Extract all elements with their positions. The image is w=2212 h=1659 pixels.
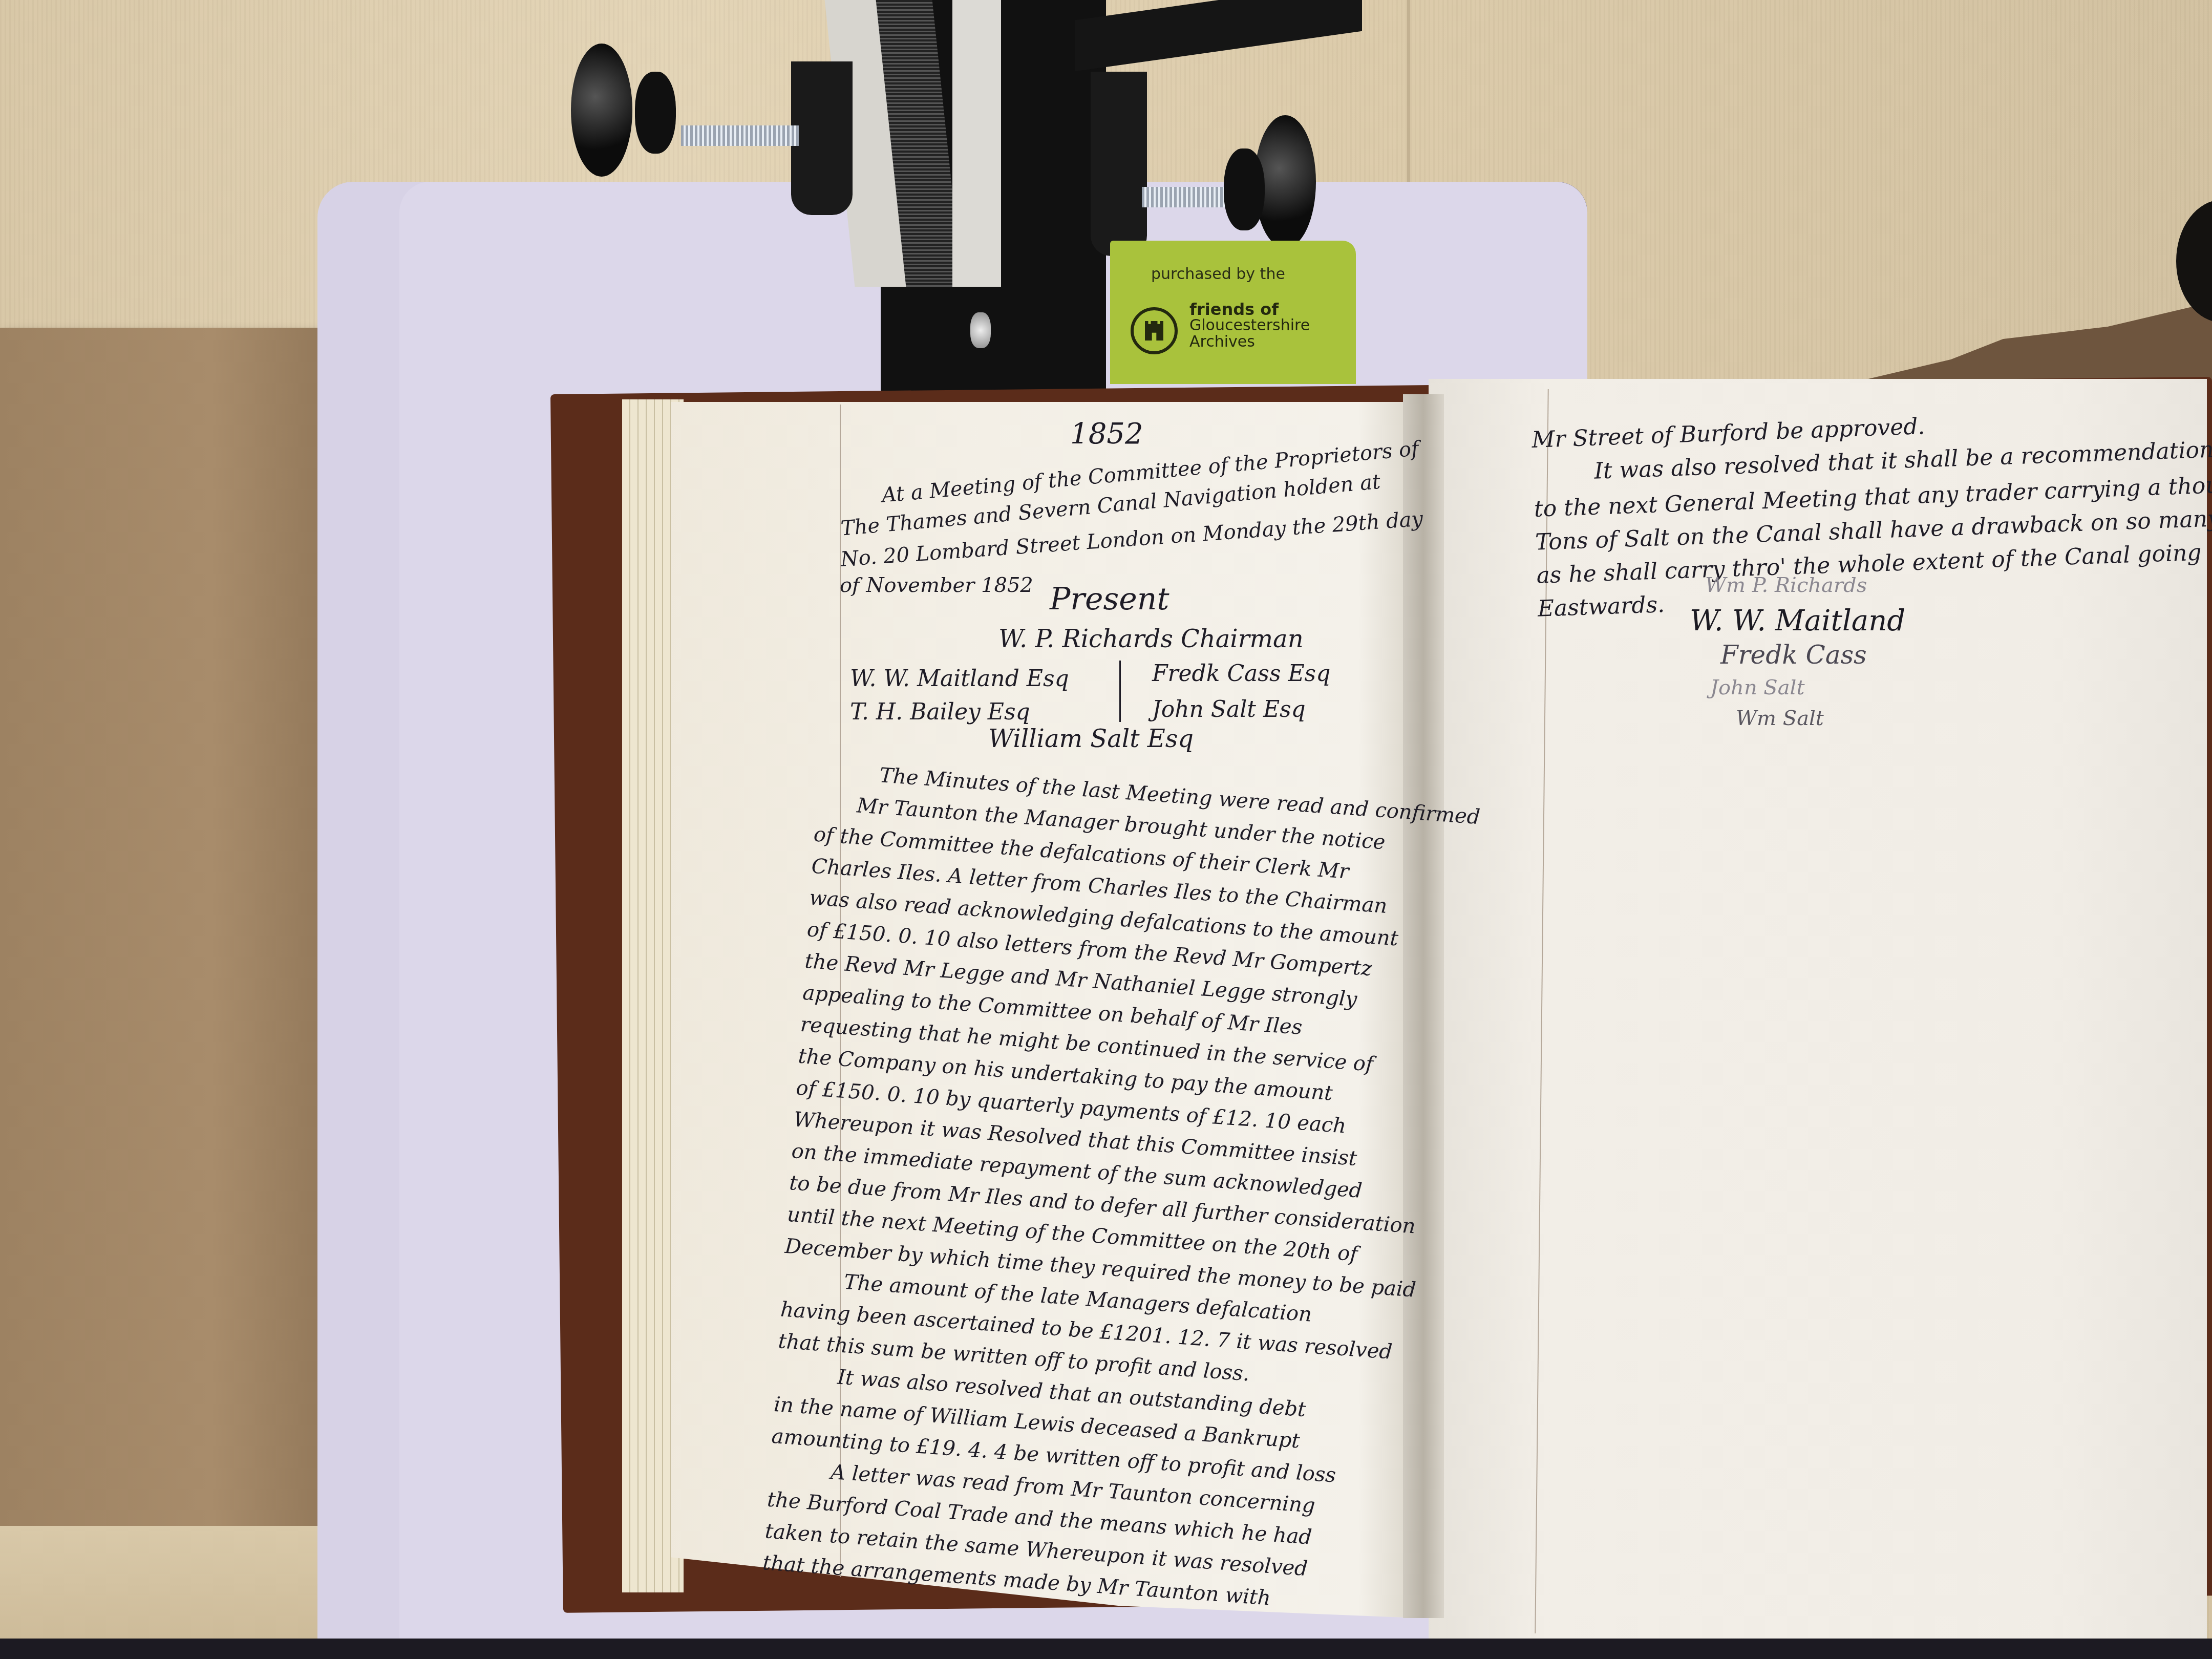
year-heading: 1852 xyxy=(1070,417,1143,451)
present-member: Fredk Cass Esq xyxy=(1152,661,1330,687)
friends-sticker: purchased by the friends of Gloucestersh… xyxy=(1110,241,1356,384)
present-member: T. H. Bailey Esq xyxy=(850,699,1030,725)
stand-rail-right xyxy=(952,0,1001,287)
bottom-edge xyxy=(0,1639,2212,1659)
clamp-bracket-left xyxy=(791,61,853,215)
right-line: Eastwards. xyxy=(1537,584,1666,630)
clamp-bracket-right xyxy=(1091,72,1147,256)
present-member: William Salt Esq xyxy=(988,725,1194,753)
present-chairman: W. P. Richards Chairman xyxy=(998,625,1304,653)
signature: W. W. Maitland xyxy=(1690,604,1905,637)
castle-seal-icon xyxy=(1131,307,1178,354)
clamp-hub-right xyxy=(1224,148,1265,230)
signature: John Salt xyxy=(1710,676,1804,699)
sticker-purchased-text: purchased by the xyxy=(1151,265,1285,283)
intro-line-4: of November 1852 xyxy=(840,573,1033,597)
present-divider xyxy=(1119,661,1121,722)
stand-bolt xyxy=(970,312,991,348)
clamp-screw-left xyxy=(681,125,799,146)
clamp-hub-left xyxy=(635,72,676,154)
signature: Fredk Cass xyxy=(1720,640,1867,670)
present-member: W. W. Maitland Esq xyxy=(850,666,1069,692)
sticker-org-bold: friends of xyxy=(1189,301,1310,317)
present-heading: Present xyxy=(1050,581,1169,617)
sticker-org-line2: Gloucestershire xyxy=(1189,317,1310,334)
book-gutter xyxy=(1403,394,1444,1618)
clamp-knob-left-icon[interactable] xyxy=(571,44,632,177)
signature: Wm Salt xyxy=(1736,707,1824,730)
signature: Wm P. Richards xyxy=(1705,573,1867,597)
sticker-org-name: friends of Gloucestershire Archives xyxy=(1189,301,1310,350)
archive-box xyxy=(0,328,353,1526)
present-member: John Salt Esq xyxy=(1152,696,1306,722)
archive-box-shadow xyxy=(0,1526,328,1644)
sticker-org-line3: Archives xyxy=(1189,334,1310,350)
